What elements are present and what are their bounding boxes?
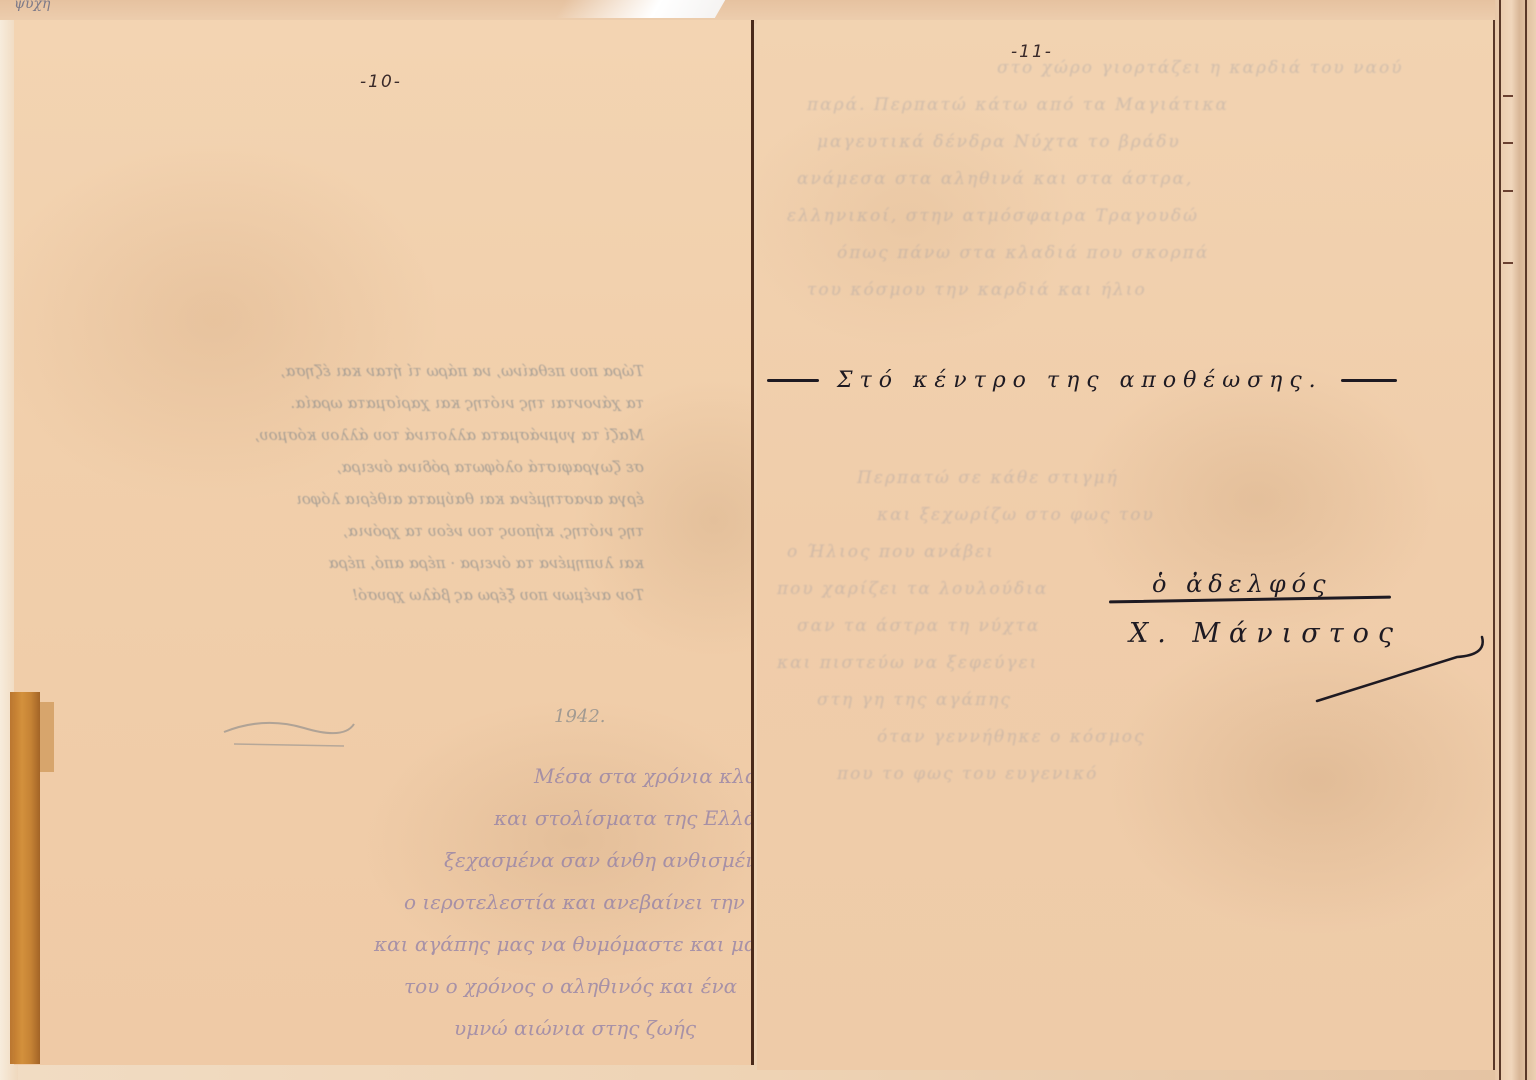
pencil-line: υμνώ αιώνια στης ζωής (74, 1007, 754, 1049)
faint-line: του κόσμου την καρδιά και ήλιο (777, 272, 1404, 309)
faint-line: και ξεχωρίζω στο φως του (777, 497, 1155, 534)
edge-tick (1503, 190, 1513, 192)
edge-tick (1503, 262, 1513, 264)
bleed-line: έργα αναστημένα και θαύματα αιθέρια λόφο… (84, 483, 644, 515)
tape-strip-fragment (40, 702, 54, 772)
faint-line: ελληνικοί, στην ατμόσφαιρα Τραγουδώ (777, 198, 1404, 235)
bleed-through-text: Τώρα που πεθαίνω, να πάρω τί ήταν και έζ… (84, 355, 644, 611)
faint-line: που χαρίζει τα λουλούδια (777, 571, 1155, 608)
page-edge-line (1525, 0, 1527, 1080)
right-page: -11- στο χώρο γιορτάζει η καρδιά του ναο… (757, 20, 1495, 1070)
faint-line: παρά. Περπατώ κάτω από τα Μαγιάτικα (777, 87, 1404, 124)
bleed-year: 1942. (554, 706, 606, 727)
heading-text: Στό κέντρο της αποθέωσης. (837, 368, 1323, 393)
heading-dash-left (767, 379, 819, 382)
faint-line: στο χώρο γιορτάζει η καρδιά του ναού (777, 50, 1404, 87)
faint-line: στη γη της αγάπης (777, 682, 1155, 719)
signature-flourish (1287, 625, 1487, 705)
page-heading: Στό κέντρο της αποθέωσης. (767, 360, 1487, 400)
pencil-line: ο ιεροτελεστία και ανεβαίνει την Ευπάθει… (74, 881, 754, 923)
bleed-line: σε ζωγραφιστά ολόφωτα ρόδινα όνειρα, (84, 451, 644, 483)
heading-dash-right (1341, 379, 1397, 382)
signature-title: ὁ ἀδελφός (1152, 570, 1332, 598)
page-number-10: -10- (360, 72, 402, 92)
bleed-line: τα χάνονται της νιότης και χαρίσματα ωρα… (84, 387, 644, 419)
faint-line: σαν τα άστρα τη νύχτα (777, 608, 1155, 645)
edge-tick (1503, 95, 1513, 97)
faint-line: και πιστεύω να ξεφεύγει (777, 645, 1155, 682)
bleed-line: Μαζί τα γυμνάσματα αλλοτινά του άλλου κό… (84, 419, 644, 451)
faint-bleed-text: στο χώρο γιορτάζει η καρδιά του ναού παρ… (777, 50, 1404, 309)
pencil-line: και στολίσματα της Ελλάδας γιορτινά (74, 797, 754, 839)
pencil-line: και αγάπης μας να θυμόμαστε και μαζί (74, 923, 754, 965)
pencil-line: Μέσα στα χρόνια κλαίνε, Ήρθε ο θρύ (74, 755, 754, 797)
faint-line: Περπατώ σε κάθε στιγμή (777, 460, 1155, 497)
faint-line: όταν γεννήθηκε ο κόσμος (777, 719, 1155, 756)
bleed-line: Τον ανέμων που ξέρω ας βάλω χρυσό! (84, 579, 644, 611)
left-page: -10- Τώρα που πεθαίνω, να πάρω τί ήταν κ… (14, 20, 754, 1065)
bleed-line: και λυπημένα τα όνειρα · πέρα από, πέρα (84, 547, 644, 579)
pencil-text-block: Μέσα στα χρόνια κλαίνε, Ήρθε ο θρύ και σ… (74, 755, 754, 1049)
faint-bleed-text-lower: Περπατώ σε κάθε στιγμή και ξεχωρίζω στο … (777, 460, 1155, 793)
faint-line: που το φως του ευγενικό (777, 756, 1155, 793)
page-stack-edge (1495, 0, 1536, 1080)
top-left-scribble: ψυχή (14, 0, 50, 12)
page-edge-line (1499, 0, 1501, 1080)
faint-line: ο Ήλιος που ανάβει (777, 534, 1155, 571)
pencil-line: ξεχασμένα σαν άνθη ανθισμένα, έτσι ο ανθ… (74, 839, 754, 881)
bleed-line: Τώρα που πεθαίνω, να πάρω τί ήταν και έζ… (84, 355, 644, 387)
faint-line: μαγευτικά δένδρα Νύχτα το βράδυ (777, 124, 1404, 161)
bleed-signature-mark (204, 710, 364, 754)
faint-line: όπως πάνω στα κλαδιά που σκορπά (777, 235, 1404, 272)
tape-strip (10, 692, 40, 1064)
pencil-line: του ο χρόνος ο αληθινός και ένα (74, 965, 754, 1007)
faint-line: ανάμεσα στα αληθινά και στα άστρα, (777, 161, 1404, 198)
bleed-line: της νιότης, κήπους του νέου τα χρόνια, (84, 515, 644, 547)
edge-tick (1503, 142, 1513, 144)
paper-glare (555, 0, 725, 18)
